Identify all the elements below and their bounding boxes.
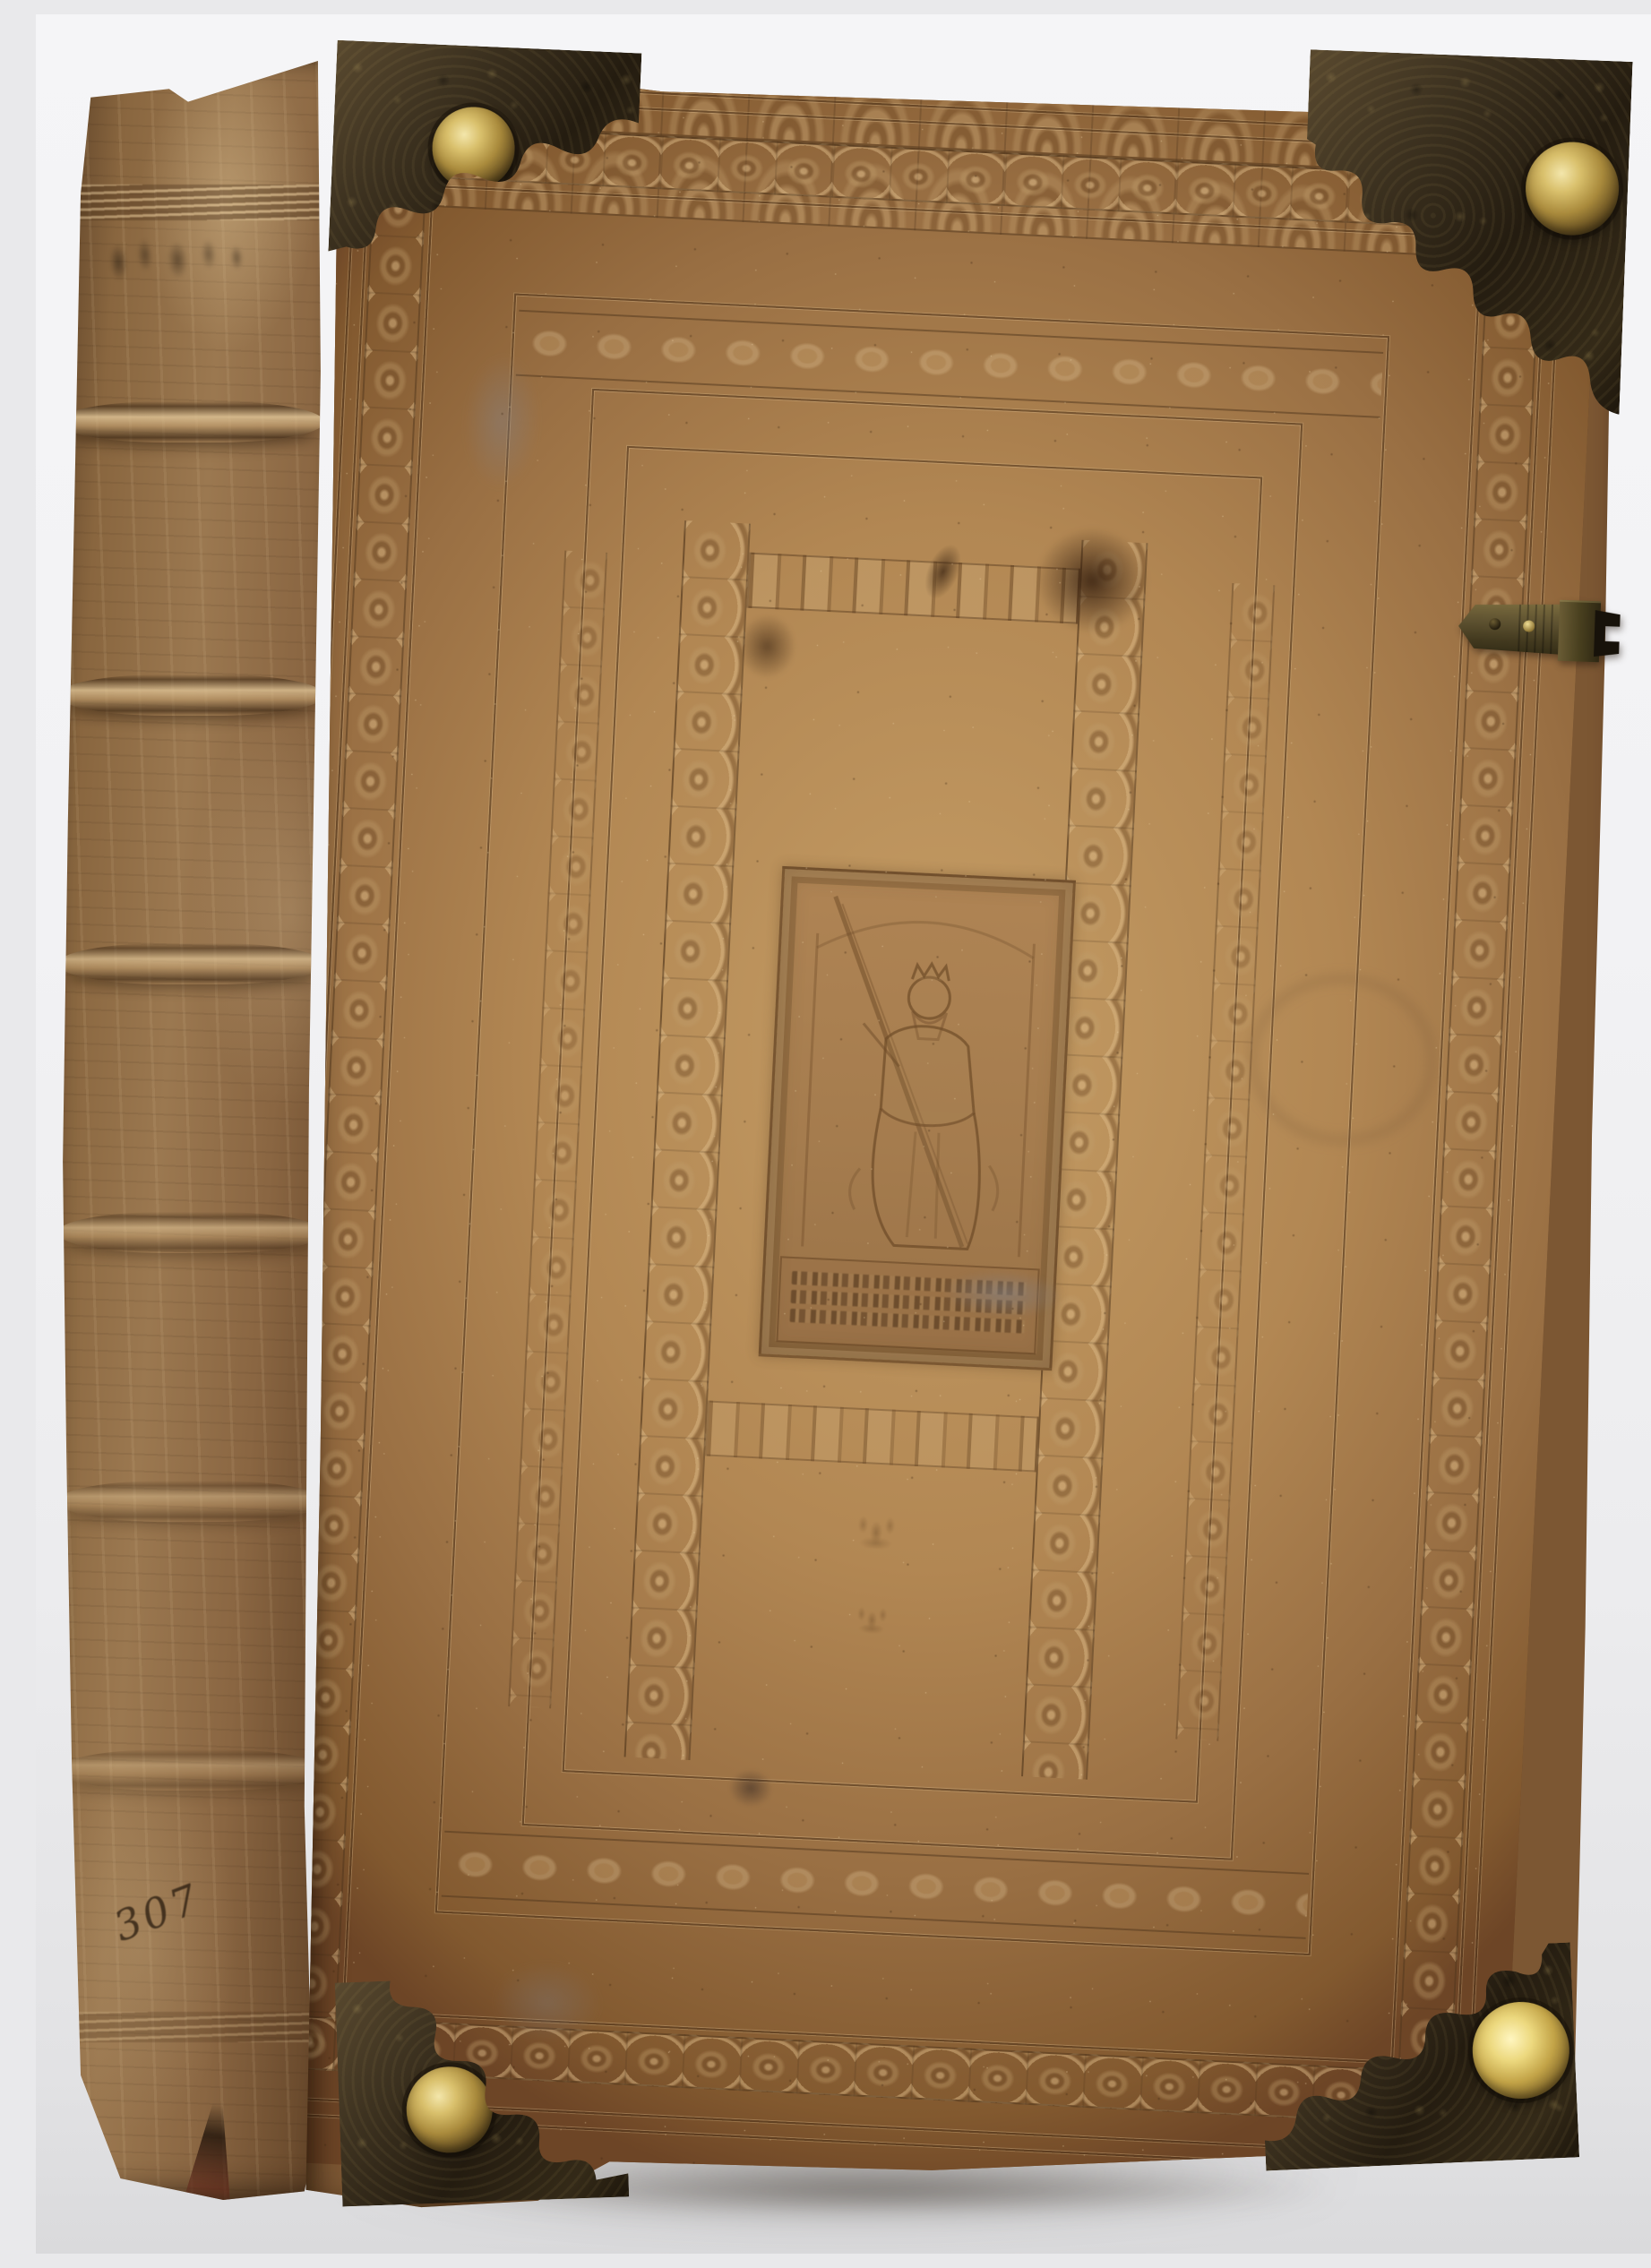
spine-head-tooling (72, 185, 321, 220)
book: 307 (36, 14, 1651, 2254)
raised-band (57, 1212, 324, 1253)
brass-boss (405, 2066, 494, 2154)
cover-tooling (217, 37, 1604, 2221)
raised-band (57, 1481, 324, 1522)
fleuron-stamp (844, 1497, 909, 1550)
faded-spine-inscription (101, 215, 260, 299)
crown-stamp (847, 1592, 899, 1634)
clasp-plate (1458, 600, 1560, 656)
panel-caption (776, 1256, 1039, 1354)
raised-band (57, 943, 324, 984)
spine-tail-split (168, 2099, 249, 2212)
front-cover (305, 39, 1630, 2212)
brass-boss (1470, 2000, 1571, 2101)
clasp-catch (1458, 592, 1625, 669)
raised-band (57, 674, 324, 716)
spine-tail-tooling (77, 2012, 310, 2042)
central-panel (759, 866, 1076, 1370)
clasp-hook (1594, 610, 1621, 657)
raised-band (57, 401, 324, 442)
brass-boss (1524, 141, 1621, 237)
photo-scene: Three-quarter studio photograph of the f… (36, 14, 1651, 2254)
raised-band (57, 1749, 324, 1791)
spine-shelf-number: 307 (107, 1874, 209, 1951)
crowned-figure-illustration (766, 869, 1073, 1267)
book-spine: 307 (61, 50, 331, 2200)
